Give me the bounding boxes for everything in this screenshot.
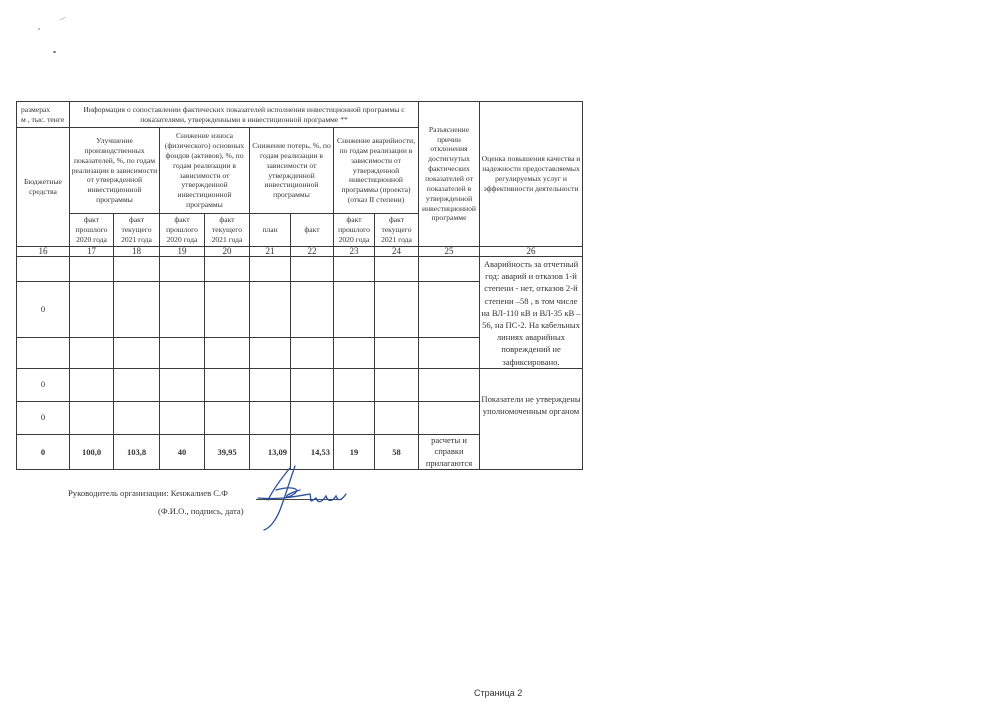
cell-c20 (205, 282, 250, 337)
header-group-23-24: Снижение аварийности, по годам реализаци… (334, 128, 419, 214)
cell-c20 (205, 401, 250, 434)
cell-c16: 0 (17, 401, 70, 434)
header-group-17-18: Улучшение производственных показателей, … (70, 128, 160, 214)
cell-c19: 40 (160, 434, 205, 469)
header-col16: Бюджетные средства (17, 128, 70, 247)
cell-c16 (17, 337, 70, 368)
cell-c25 (419, 368, 480, 401)
cell-c21 (250, 368, 291, 401)
cell-c23 (334, 337, 375, 368)
cell-c18: 103,8 (114, 434, 160, 469)
header-col26: Оценка повышения качества и надежности п… (480, 102, 583, 247)
subheader-c17: факт прошлого 2020 года (70, 214, 114, 247)
column-number: 26 (480, 247, 583, 257)
subheader-c20: факт текущего 2021 года (205, 214, 250, 247)
col26-accident-note: Аварийность за отчетный год: аварий и от… (480, 257, 583, 369)
page-number: Страница 2 (474, 688, 522, 698)
subheader-c23: факт прошлого 2020 года (334, 214, 375, 247)
column-number: 23 (334, 247, 375, 257)
cell-c24: 58 (375, 434, 419, 469)
table-row: Аварийность за отчетный год: аварий и от… (17, 257, 583, 282)
column-number: 22 (291, 247, 334, 257)
cell-c24 (375, 282, 419, 337)
cell-c24 (375, 401, 419, 434)
cell-c17 (70, 401, 114, 434)
header-col25: Разъяснение причин отклонения достигнуты… (419, 102, 480, 247)
table-row: 0 Показатели не утверждены уполномоченны… (17, 368, 583, 401)
column-number: 25 (419, 247, 480, 257)
cell-c22 (291, 368, 334, 401)
cell-c18 (114, 337, 160, 368)
column-number: 21 (250, 247, 291, 257)
subheader-c19: факт прошлого 2020 года (160, 214, 205, 247)
cell-c18 (114, 401, 160, 434)
column-number: 24 (375, 247, 419, 257)
column-number: 16 (17, 247, 70, 257)
header-group-19-20: Снижение износа (физического) основных ф… (160, 128, 250, 214)
signature-sublabel: (Ф.И.О., подпись, дата) (158, 506, 244, 516)
cell-c22 (291, 257, 334, 282)
cell-c25 (419, 282, 480, 337)
cell-c20 (205, 368, 250, 401)
signature-label: Руководитель организации: Кенжалиев С.Ф (68, 488, 228, 498)
cell-c17 (70, 282, 114, 337)
header-group-21-22: Снижение потерь, %, по годам реализации … (250, 128, 334, 214)
cell-c25 (419, 401, 480, 434)
cell-c16: 0 (17, 282, 70, 337)
cell-c22 (291, 282, 334, 337)
cell-c18 (114, 368, 160, 401)
cell-c23 (334, 401, 375, 434)
scan-speck (38, 28, 40, 30)
cell-c16 (17, 257, 70, 282)
subheader-c21: план (250, 214, 291, 247)
cell-c25 (419, 257, 480, 282)
cell-c25 (419, 337, 480, 368)
cell-c23 (334, 368, 375, 401)
cell-c24 (375, 257, 419, 282)
cell-c17 (70, 257, 114, 282)
investment-comparison-table: размерах м , тыс. тенге Информация о соп… (16, 101, 583, 470)
header-info-group: Информация о сопоставлении фактических п… (70, 102, 419, 128)
cell-c20 (205, 257, 250, 282)
subheader-c22: факт (291, 214, 334, 247)
cell-c17: 100,0 (70, 434, 114, 469)
column-number: 17 (70, 247, 114, 257)
cell-c25: расчеты и справки прилагаются (419, 434, 480, 469)
cell-c20 (205, 337, 250, 368)
cell-c19 (160, 368, 205, 401)
cell-c23 (334, 282, 375, 337)
cell-c16: 0 (17, 434, 70, 469)
cell-c18 (114, 257, 160, 282)
cell-c22 (291, 401, 334, 434)
column-number: 18 (114, 247, 160, 257)
cell-c24 (375, 368, 419, 401)
subheader-c24: факт текущего 2021 года (375, 214, 419, 247)
cell-c19 (160, 257, 205, 282)
cell-c16: 0 (17, 368, 70, 401)
col26-not-approved-note: Показатели не утверждены уполномоченным … (480, 368, 583, 469)
cell-c19 (160, 401, 205, 434)
cell-c19 (160, 282, 205, 337)
column-number: 19 (160, 247, 205, 257)
cell-c21 (250, 401, 291, 434)
handwritten-signature-icon (250, 460, 350, 532)
column-number: 20 (205, 247, 250, 257)
cell-c20: 39,95 (205, 434, 250, 469)
scan-speck (53, 51, 56, 53)
cell-c19 (160, 337, 205, 368)
cell-c18 (114, 282, 160, 337)
subheader-c18: факт текущего 2021 года (114, 214, 160, 247)
cell-c22 (291, 337, 334, 368)
cell-c17 (70, 337, 114, 368)
cell-c21 (250, 282, 291, 337)
cell-c21 (250, 257, 291, 282)
header-col16-top: размерах м , тыс. тенге (17, 102, 70, 128)
cell-c17 (70, 368, 114, 401)
cell-c24 (375, 337, 419, 368)
cell-c23 (334, 257, 375, 282)
scan-speck (60, 17, 66, 21)
cell-c21 (250, 337, 291, 368)
column-number-row: 16 17 18 19 20 21 22 23 24 25 26 (17, 247, 583, 257)
